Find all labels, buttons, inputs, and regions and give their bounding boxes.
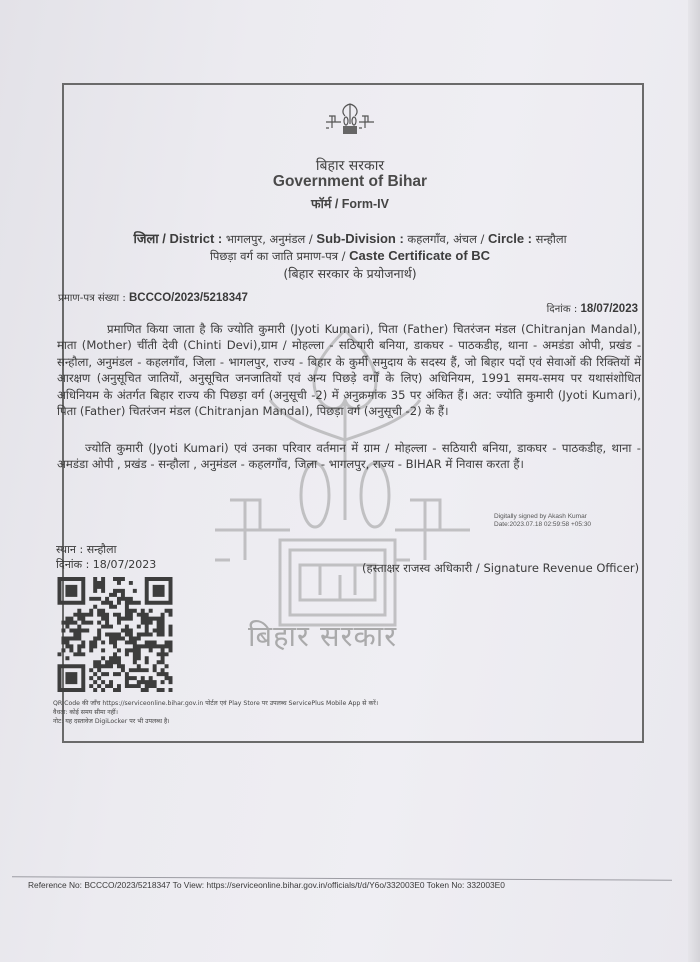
digital-signature: Digitally signed by Akash Kumar Date:202… [494,513,591,529]
circle-label-hi: अंचल / [453,232,484,246]
issue-date: दिनांक : 18/07/2023 [547,301,638,315]
digital-signature-name: Digitally signed by Akash Kumar [494,513,591,521]
certificate-number: प्रमाण-पत्र संख्या : BCCCO/2023/5218347 [58,290,248,304]
issue-date-label: दिनांक : [547,304,578,315]
certificate-title-hi: पिछड़ा वर्ग का जाति प्रमाण-पत्र / [210,249,346,263]
qr-note-validity: वैधता: कोई समय सीमा नहीं। [53,709,378,718]
circle-label: Circle : [488,231,532,246]
bihar-emblem-icon [323,100,377,136]
issue-date-value: 18/07/2023 [580,303,638,315]
place: स्थान : सन्हौला [56,542,156,557]
sign-date: दिनांक : 18/07/2023 [56,557,156,572]
certification-paragraph: प्रमाणित किया जाता है कि ज्योति कुमारी (… [57,321,641,419]
jurisdiction-line: जिला / District : भागलपुर, अनुमंडल / Sub… [0,229,700,247]
qr-note-verify: QR Code की जाँच https://serviceonline.bi… [53,700,378,709]
title-english: Government of Bihar [0,173,700,191]
form-number: फॉर्म / Form-IV [0,195,700,212]
place-date-block: स्थान : सन्हौला दिनांक : 18/07/2023 [56,542,156,572]
signature-officer: (हस्ताक्षर राजस्व अधिकारी / Signature Re… [362,561,639,576]
qr-note-digilocker: नोट: यह दस्तावेज DigiLocker पर भी उपलब्ध… [53,718,378,727]
certificate-purpose: (बिहार सरकार के प्रयोजनार्थ) [0,265,700,282]
subdivision-label-hi: अनुमंडल / [269,232,312,246]
residence-paragraph: ज्योति कुमारी (Jyoti Kumari) एवं उनका पर… [57,440,641,473]
certificate-number-label: प्रमाण-पत्र संख्या : [58,293,126,304]
subdivision-label: Sub-Division : [316,231,403,246]
qr-notes: QR Code की जाँच https://serviceonline.bi… [53,700,378,726]
footer-reference: Reference No: BCCCO/2023/5218347 To View… [28,880,505,890]
district-value: भागलपुर, [226,232,266,246]
certificate-number-value: BCCCO/2023/5218347 [129,292,248,304]
subdivision-value: कहलगाँव, [407,232,449,246]
digital-signature-date: Date:2023.07.18 02:59:58 +05:30 [494,521,591,529]
page-edge [688,0,700,962]
circle-value: सन्हौला [536,232,567,246]
qr-code[interactable] [56,577,174,692]
certificate-title-en: Caste Certificate of BC [349,248,490,263]
district-label: जिला / District : [133,231,222,246]
watermark-text: बिहार सरकार [248,616,397,655]
certificate-title: पिछड़ा वर्ग का जाति प्रमाण-पत्र / Caste … [0,248,700,264]
